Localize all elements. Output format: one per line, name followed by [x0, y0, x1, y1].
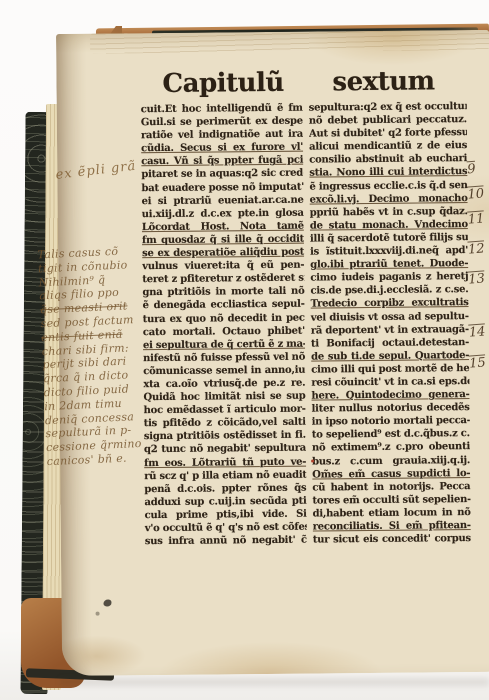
margin-number: 13: [468, 271, 486, 287]
margin-number: 14: [468, 324, 486, 340]
ink-spot-small: [96, 612, 100, 616]
margin-number-column: 9101112131415: [56, 30, 489, 676]
margin-number: 11: [467, 211, 485, 227]
red-speck: [311, 460, 314, 463]
book-photograph: Capitulũ sextum cuit.Et hoc intelligendũ…: [0, 0, 489, 700]
margin-number: 10: [467, 186, 485, 202]
printed-page: Capitulũ sextum cuit.Et hoc intelligendũ…: [56, 30, 489, 676]
book-drop-shadow: [60, 678, 489, 686]
margin-number: 9: [467, 162, 476, 178]
margin-number: 15: [469, 355, 487, 371]
margin-number: 12: [468, 241, 486, 257]
